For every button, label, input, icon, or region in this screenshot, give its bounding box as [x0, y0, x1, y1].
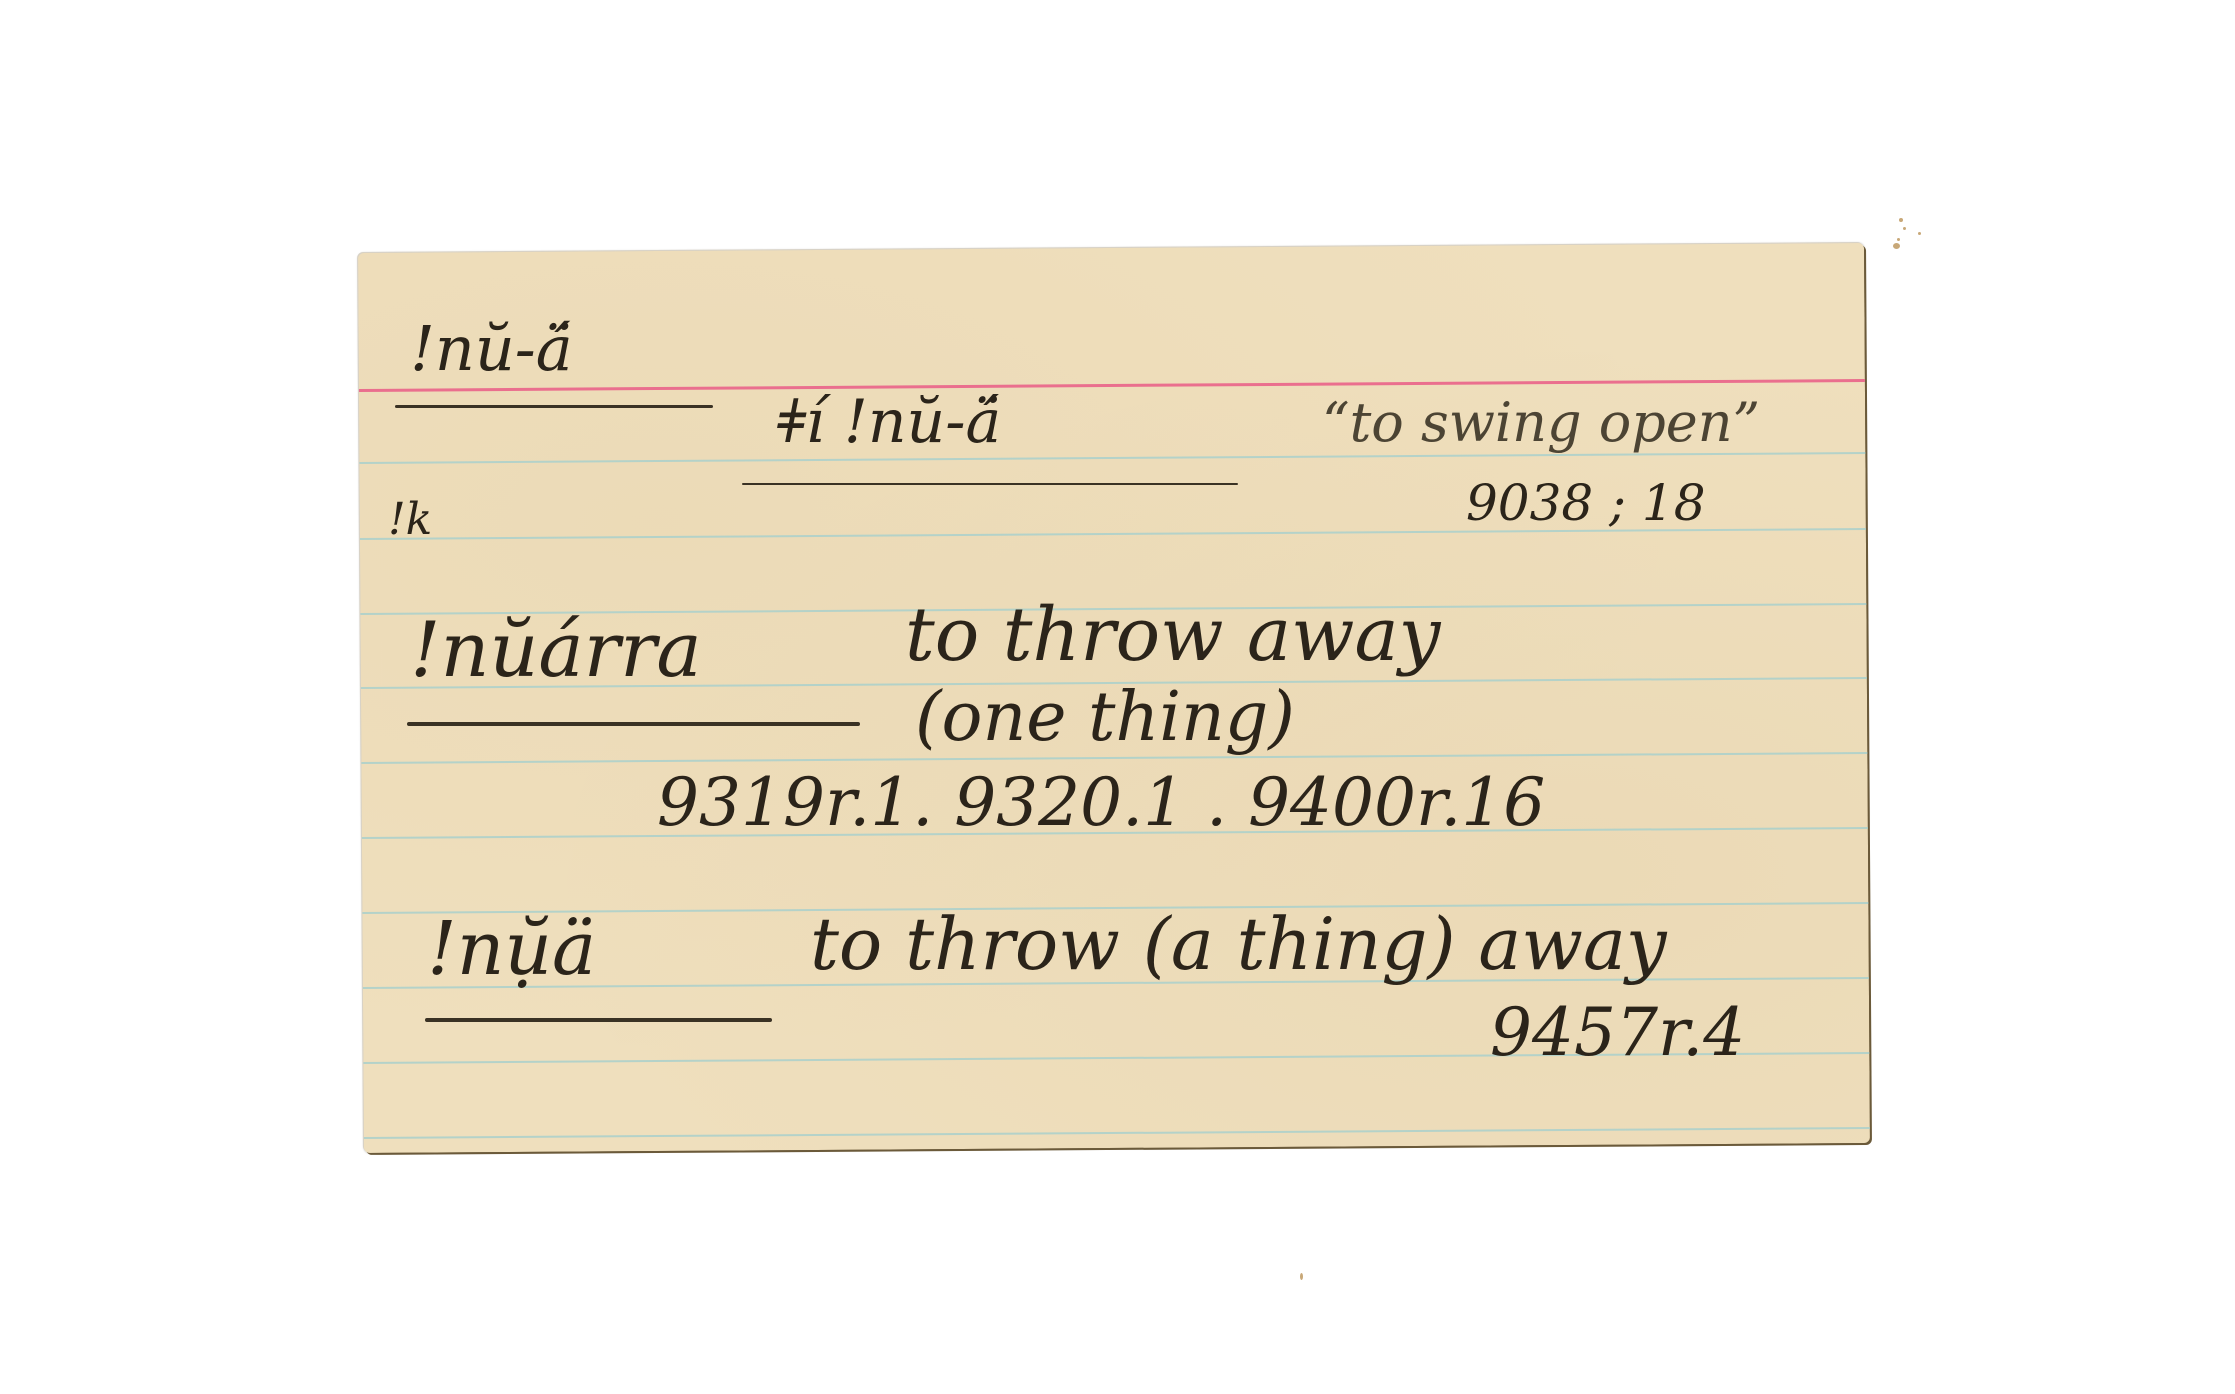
- debris-speck: [1300, 1273, 1303, 1280]
- section-marker: !k: [388, 498, 432, 542]
- debris-speck: [1899, 218, 1903, 222]
- entry-form-nuarra: !nŭárra: [410, 612, 702, 688]
- gloss-swing-open: “to swing open”: [1322, 396, 1760, 450]
- gloss-throw-away: to throw away: [905, 598, 1440, 672]
- body-rule: [364, 1127, 1870, 1139]
- headword: !nŭ-ä́: [410, 318, 573, 380]
- entry-underline-nuarra: [407, 722, 860, 726]
- scan-page: !nŭ-ä́ ǂí !nŭ-ä́ “to swing open” 9038 ; …: [0, 0, 2235, 1394]
- gloss-throw-a-thing-away: to throw (a thing) away: [810, 908, 1667, 980]
- debris-speck: [1903, 227, 1906, 230]
- debris-speck: [1897, 238, 1900, 241]
- reference-9038: 9038 ; 18: [1466, 478, 1706, 528]
- related-form: ǂí !nŭ-ä́: [778, 392, 1001, 452]
- entry-underline-nua: [425, 1018, 772, 1022]
- entry-form-nua: !nụ̆ä: [427, 912, 596, 986]
- debris-speck: [1918, 232, 1921, 235]
- headword-underline: [395, 405, 713, 408]
- references-9319-9320-9400: 9319r.1. 9320.1 . 9400r.16: [657, 770, 1545, 836]
- debris-speck: [1893, 243, 1900, 249]
- reference-9457: 9457r.4: [1490, 1000, 1745, 1066]
- related-form-underline: [742, 483, 1238, 485]
- gloss-note-one-thing: (one thing): [915, 684, 1295, 752]
